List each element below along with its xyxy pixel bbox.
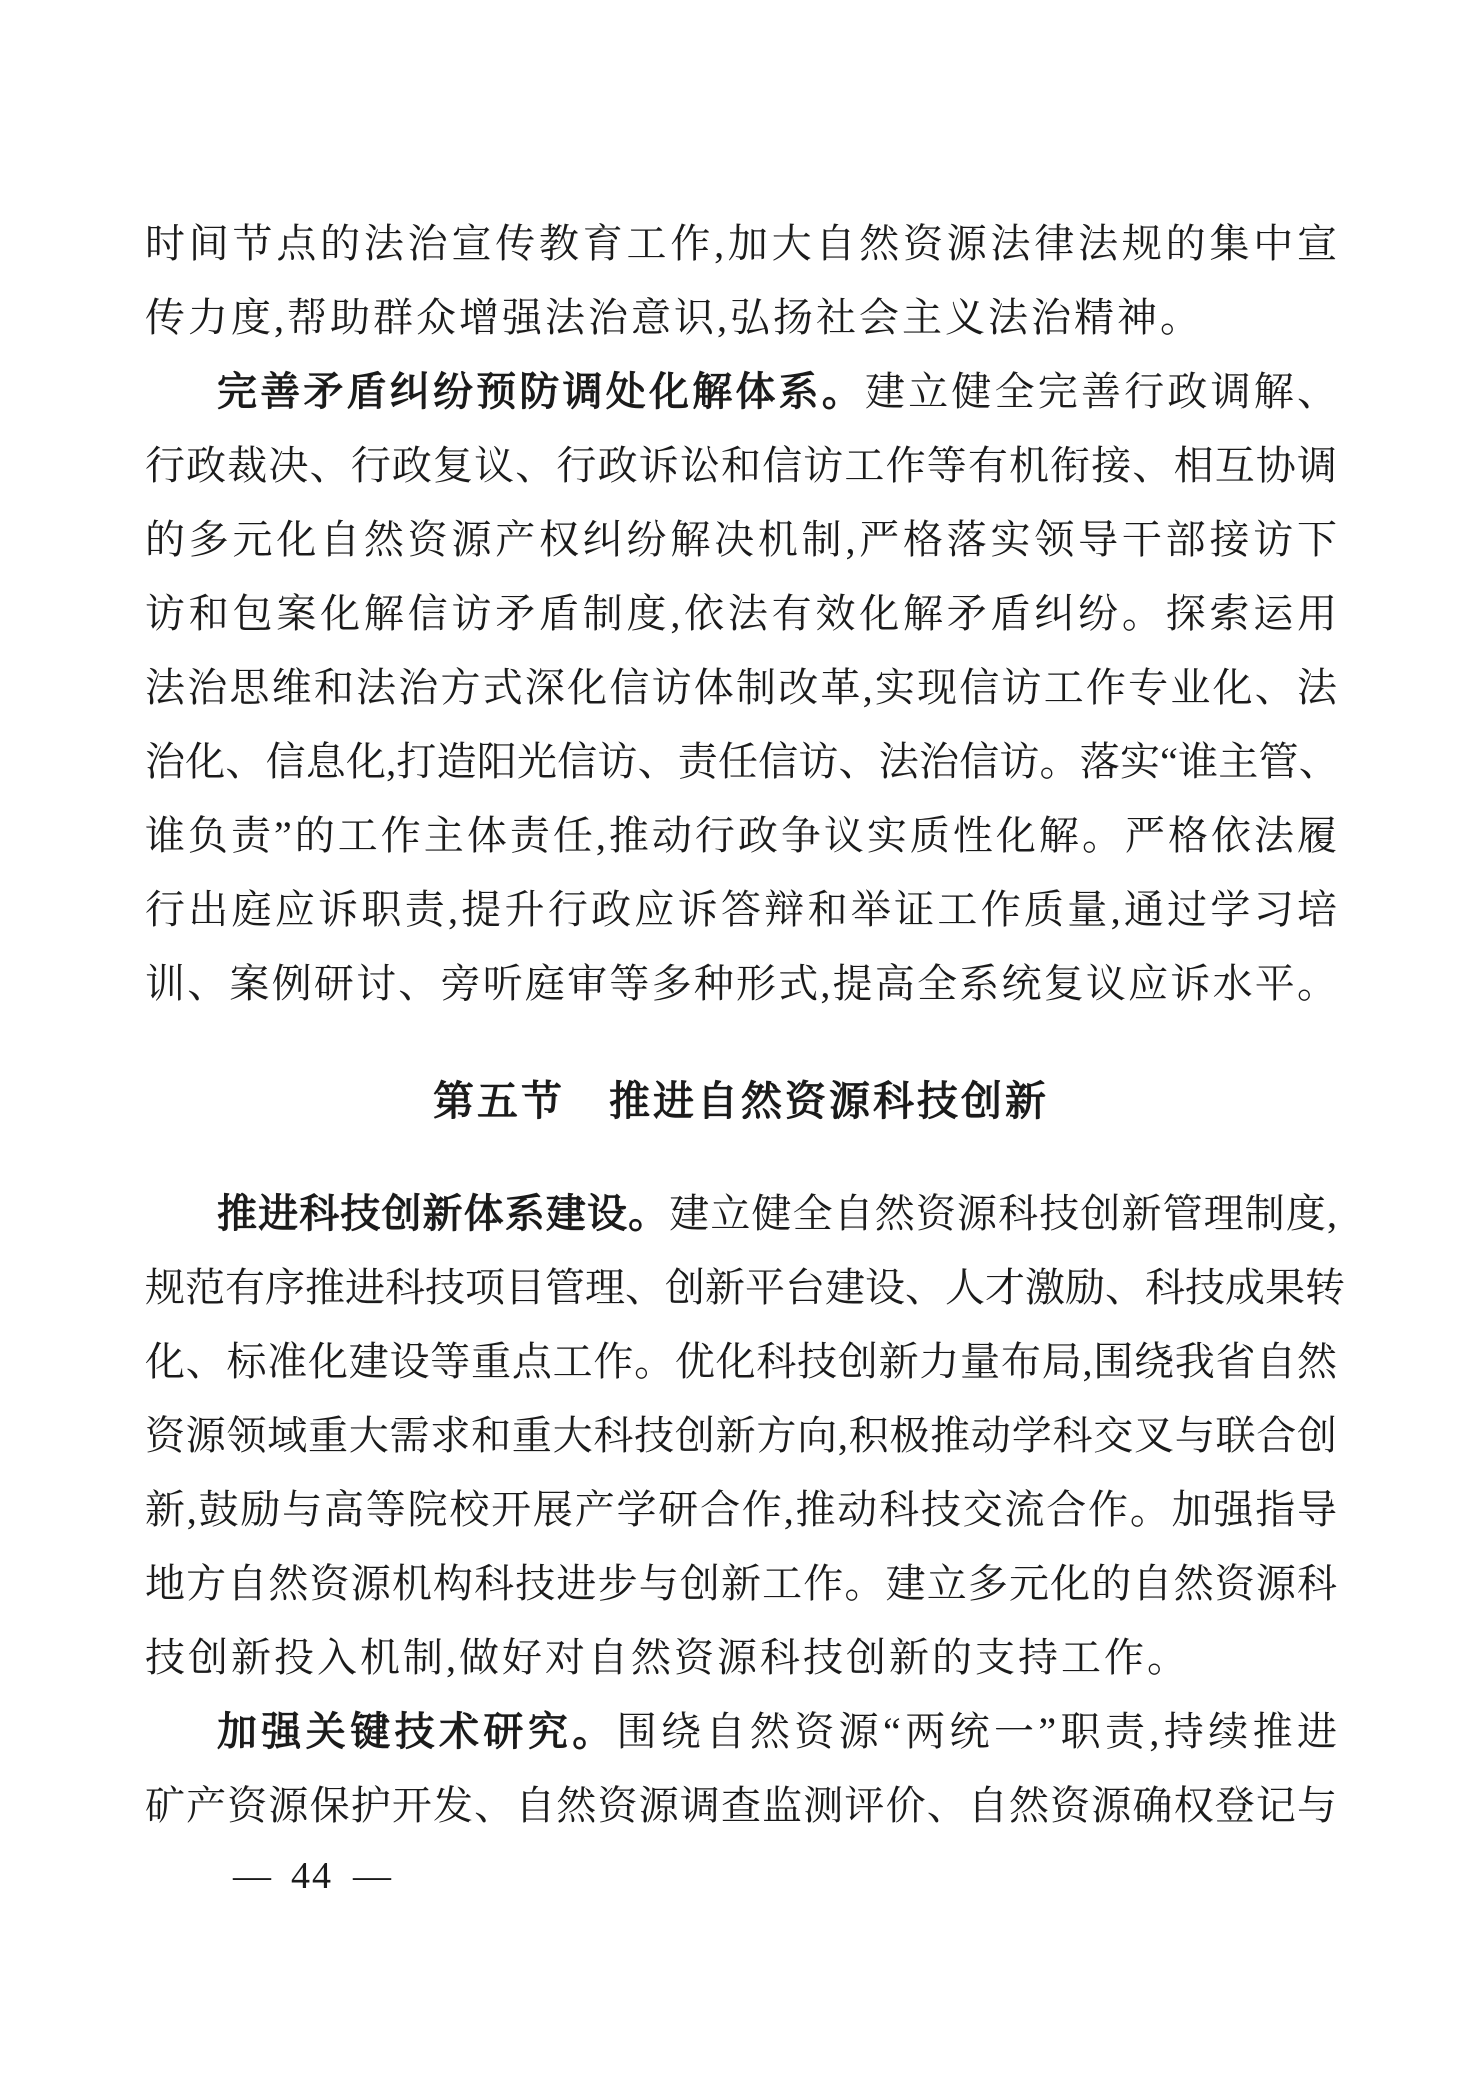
body-text-line: 谁负责”的工作主体责任,推动行政争议实质性化解。严格依法履	[145, 799, 1337, 873]
body-text-line: 加强关键技术研究。围绕自然资源“两统一”职责,持续推进	[145, 1695, 1337, 1769]
body-text-line: 治化、信息化,打造阳光信访、责任信访、法治信访。落实“谁主管、	[145, 725, 1337, 799]
body-text-line: 矿产资源保护开发、自然资源调查监测评价、自然资源确权登记与	[145, 1769, 1337, 1843]
page-number: 44	[291, 1851, 333, 1901]
body-text-line: 资源领域重大需求和重大科技创新方向,积极推动学科交叉与联合创	[145, 1399, 1337, 1473]
paragraph-lead-tail: 建立健全自然资源科技创新管理制度,	[669, 1191, 1337, 1236]
paragraph-key-technology: 加强关键技术研究。围绕自然资源“两统一”职责,持续推进 矿产资源保护开发、自然资…	[145, 1695, 1337, 1843]
body-text-line: 新,鼓励与高等院校开展产学研合作,推动科技交流合作。加强指导	[145, 1473, 1337, 1547]
section-heading: 第五节 推进自然资源科技创新	[145, 1064, 1337, 1138]
paragraph-law-publicity: 时间节点的法治宣传教育工作,加大自然资源法律法规的集中宣 传力度,帮助群众增强法…	[145, 207, 1337, 355]
body-text-line: 技创新投入机制,做好对自然资源科技创新的支持工作。	[145, 1621, 1337, 1695]
body-text-line: 访和包案化解信访矛盾制度,依法有效化解矛盾纠纷。探索运用	[145, 577, 1337, 651]
page-footer: — 44 —	[145, 1851, 1337, 1901]
body-text-line: 行政裁决、行政复议、行政诉讼和信访工作等有机衔接、相互协调	[145, 429, 1337, 503]
document-page: 时间节点的法治宣传教育工作,加大自然资源法律法规的集中宣 传力度,帮助群众增强法…	[145, 207, 1337, 1901]
body-text-line: 地方自然资源机构科技进步与创新工作。建立多元化的自然资源科	[145, 1547, 1337, 1621]
paragraph-dispute-resolution: 完善矛盾纠纷预防调处化解体系。建立健全完善行政调解、 行政裁决、行政复议、行政诉…	[145, 355, 1337, 1021]
paragraph-lead-bold: 完善矛盾纠纷预防调处化解体系。	[217, 369, 865, 414]
footer-dash-left: —	[233, 1851, 271, 1901]
body-text-line: 传力度,帮助群众增强法治意识,弘扬社会主义法治精神。	[145, 281, 1337, 355]
body-text-line: 时间节点的法治宣传教育工作,加大自然资源法律法规的集中宣	[145, 207, 1337, 281]
body-text-line: 推进科技创新体系建设。建立健全自然资源科技创新管理制度,	[145, 1177, 1337, 1251]
paragraph-innovation-system: 推进科技创新体系建设。建立健全自然资源科技创新管理制度, 规范有序推进科技项目管…	[145, 1177, 1337, 1695]
paragraph-lead-bold: 加强关键技术研究。	[217, 1709, 617, 1754]
body-text-line: 的多元化自然资源产权纠纷解决机制,严格落实领导干部接访下	[145, 503, 1337, 577]
body-text-line: 训、案例研讨、旁听庭审等多种形式,提高全系统复议应诉水平。	[145, 947, 1337, 1021]
paragraph-lead-bold: 推进科技创新体系建设。	[217, 1191, 669, 1236]
body-text-line: 规范有序推进科技项目管理、创新平台建设、人才激励、科技成果转	[145, 1251, 1337, 1325]
body-text-line: 法治思维和法治方式深化信访体制改革,实现信访工作专业化、法	[145, 651, 1337, 725]
paragraph-lead-tail: 建立健全完善行政调解、	[865, 369, 1337, 414]
body-text-line: 行出庭应诉职责,提升行政应诉答辩和举证工作质量,通过学习培	[145, 873, 1337, 947]
footer-dash-right: —	[353, 1851, 391, 1901]
paragraph-lead-tail: 围绕自然资源“两统一”职责,持续推进	[617, 1709, 1337, 1754]
body-text-line: 完善矛盾纠纷预防调处化解体系。建立健全完善行政调解、	[145, 355, 1337, 429]
body-text-line: 化、标准化建设等重点工作。优化科技创新力量布局,围绕我省自然	[145, 1325, 1337, 1399]
